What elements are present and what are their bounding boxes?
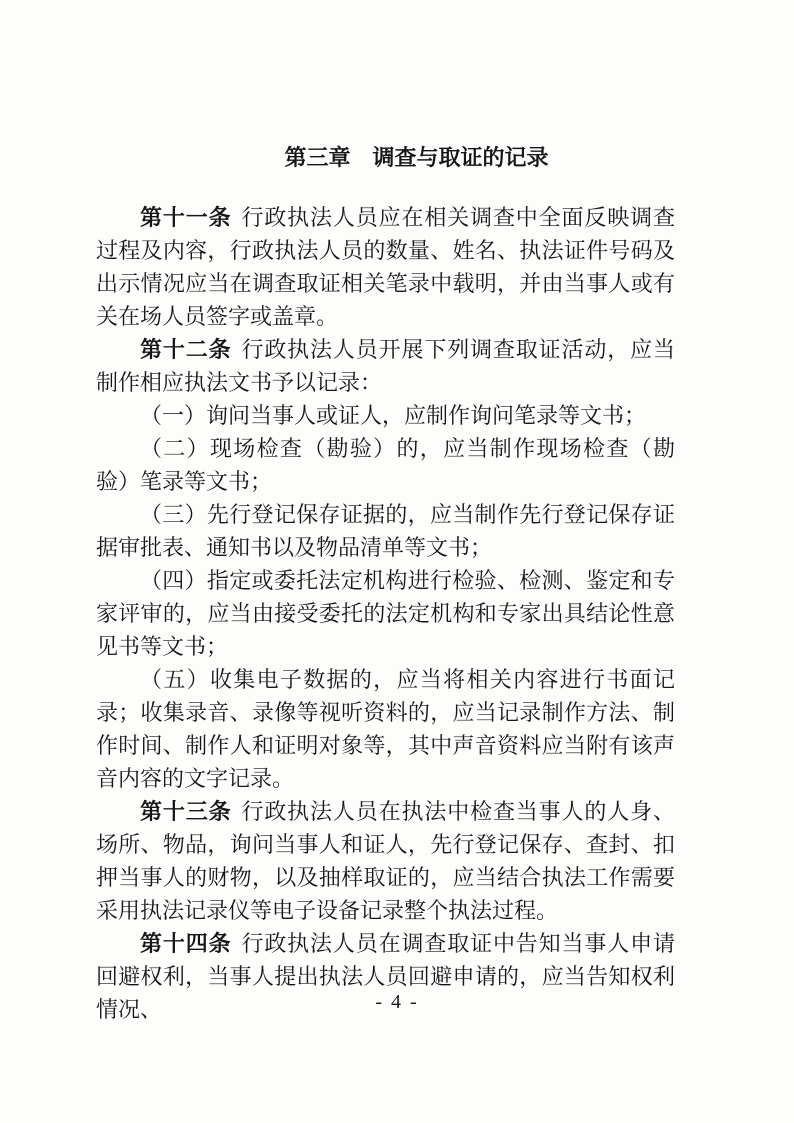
article-paragraph: 第十二条行政执法人员开展下列调查取证活动，应当制作相应执法文书予以记录： bbox=[96, 333, 675, 399]
article-number: 第十一条 bbox=[140, 205, 231, 230]
paragraph-text: （五）收集电子数据的，应当将相关内容进行书面记录；收集录音、录像等视听资料的，应… bbox=[96, 667, 675, 791]
paragraph-text: （二）现场检查（勘验）的，应当制作现场检查（勘验）笔录等文书； bbox=[96, 436, 675, 494]
list-item-paragraph: （一）询问当事人或证人，应制作询问笔录等文书； bbox=[96, 399, 675, 432]
chapter-heading: 第三章 调查与取证的记录 bbox=[127, 141, 706, 174]
article-body: 第十一条行政执法人员应在相关调查中全面反映调查过程及内容，行政执法人员的数量、姓… bbox=[96, 201, 675, 1026]
article-number: 第十三条 bbox=[140, 799, 231, 824]
paragraph-text: （三）先行登记保存证据的，应当制作先行登记保存证据审批表、通知书以及物品清单等文… bbox=[96, 502, 675, 560]
article-paragraph: 第十三条行政执法人员在执法中检查当事人的人身、场所、物品，询问当事人和证人，先行… bbox=[96, 795, 675, 927]
list-item-paragraph: （四）指定或委托法定机构进行检验、检测、鉴定和专家评审的，应当由接受委托的法定机… bbox=[96, 564, 675, 663]
page-number: - 4 - bbox=[0, 991, 794, 1013]
article-number: 第十四条 bbox=[140, 931, 231, 956]
page-content: 第三章 调查与取证的记录 第十一条行政执法人员应在相关调查中全面反映调查过程及内… bbox=[96, 141, 675, 1026]
list-item-paragraph: （二）现场检查（勘验）的，应当制作现场检查（勘验）笔录等文书； bbox=[96, 432, 675, 498]
paragraph-text: （一）询问当事人或证人，应制作询问笔录等文书； bbox=[140, 403, 646, 428]
list-item-paragraph: （五）收集电子数据的，应当将相关内容进行书面记录；收集录音、录像等视听资料的，应… bbox=[96, 663, 675, 795]
article-number: 第十二条 bbox=[140, 337, 231, 362]
list-item-paragraph: （三）先行登记保存证据的，应当制作先行登记保存证据审批表、通知书以及物品清单等文… bbox=[96, 498, 675, 564]
document-page: 第三章 调查与取证的记录 第十一条行政执法人员应在相关调查中全面反映调查过程及内… bbox=[0, 0, 794, 1123]
article-paragraph: 第十一条行政执法人员应在相关调查中全面反映调查过程及内容，行政执法人员的数量、姓… bbox=[96, 201, 675, 333]
paragraph-text: （四）指定或委托法定机构进行检验、检测、鉴定和专家评审的，应当由接受委托的法定机… bbox=[96, 568, 675, 659]
